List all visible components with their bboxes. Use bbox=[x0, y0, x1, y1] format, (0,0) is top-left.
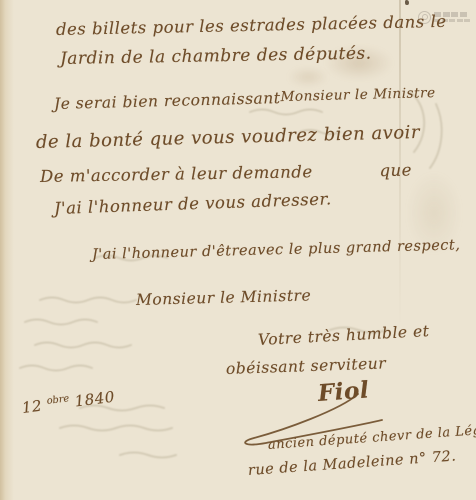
manuscript-letter-photo: des billets pour les estrades placées da… bbox=[0, 0, 476, 500]
date-day: 12 bbox=[21, 397, 43, 417]
letter-line-5-right: que bbox=[379, 161, 412, 181]
date-month: obre bbox=[46, 393, 70, 407]
